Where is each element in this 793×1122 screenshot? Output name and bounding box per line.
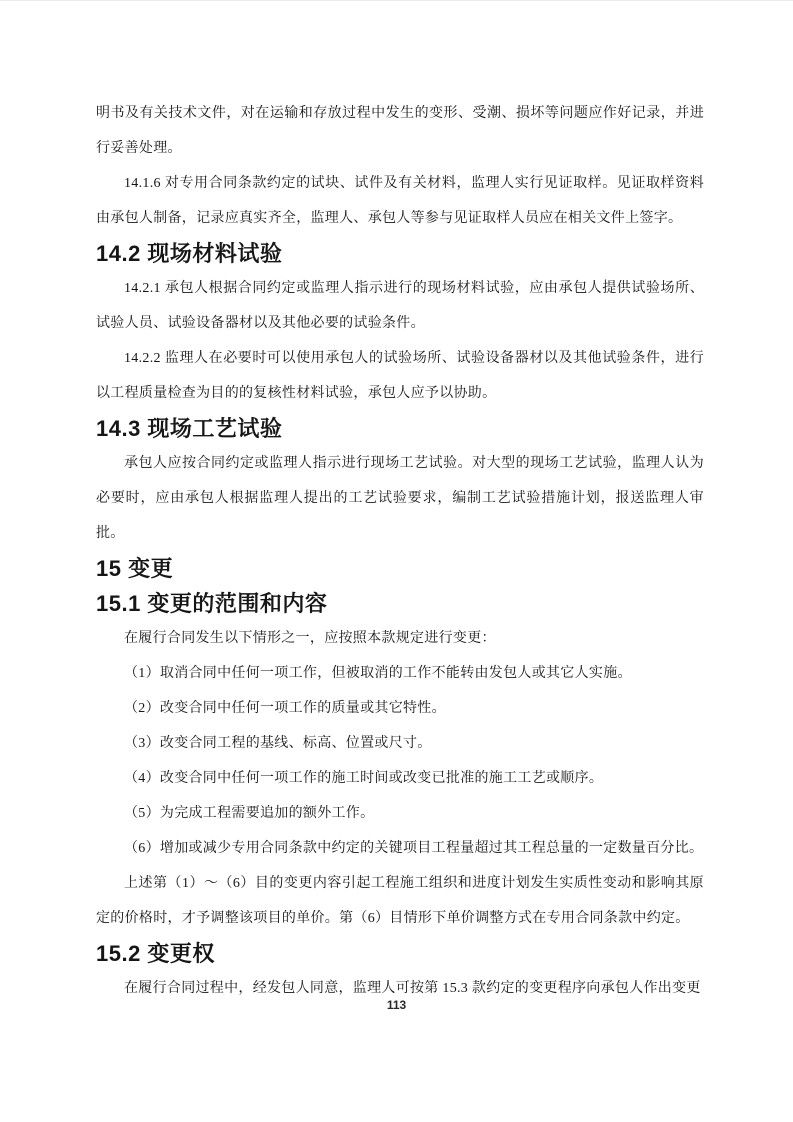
page-footer: 113 (0, 998, 793, 1012)
paragraph: 14.1.6 对专用合同条款约定的试块、试件及有关材料，监理人实行见证取样。见证… (96, 166, 704, 236)
paragraph: （4）改变合同中任何一项工作的施工时间或改变已批准的施工工艺或顺序。 (96, 761, 704, 796)
document-content: 明书及有关技术文件，对在运输和存放过程中发生的变形、受潮、损坏等问题应作好记录，… (96, 96, 704, 1006)
paragraph: （1）取消合同中任何一项工作，但被取消的工作不能转由发包人或其它人实施。 (96, 656, 704, 691)
paragraph: 14.2.2 监理人在必要时可以使用承包人的试验场所、试验设备器材以及其他试验条… (96, 341, 704, 411)
section-heading: 15.1 变更的范围和内容 (96, 586, 704, 621)
section-heading: 14.3 现场工艺试验 (96, 411, 704, 446)
page-number: 113 (387, 998, 406, 1012)
document-page: 明书及有关技术文件，对在运输和存放过程中发生的变形、受潮、损坏等问题应作好记录，… (0, 0, 793, 1122)
paragraph: （5）为完成工程需要追加的额外工作。 (96, 796, 704, 831)
paragraph: 明书及有关技术文件，对在运输和存放过程中发生的变形、受潮、损坏等问题应作好记录，… (96, 96, 704, 166)
paragraph: 上述第（1）～（6）目的变更内容引起工程施工组织和进度计划发生实质性变动和影响其… (96, 866, 704, 936)
paragraph: 14.2.1 承包人根据合同约定或监理人指示进行的现场材料试验，应由承包人提供试… (96, 271, 704, 341)
paragraph: 在履行合同发生以下情形之一，应按照本款规定进行变更： (96, 621, 704, 656)
section-heading: 14.2 现场材料试验 (96, 236, 704, 271)
section-heading: 15.2 变更权 (96, 936, 704, 971)
paragraph: （2）改变合同中任何一项工作的质量或其它特性。 (96, 691, 704, 726)
paragraph: （6）增加或减少专用合同条款中约定的关键项目工程量超过其工程总量的一定数量百分比… (96, 831, 704, 866)
paragraph: 承包人应按合同约定或监理人指示进行现场工艺试验。对大型的现场工艺试验，监理人认为… (96, 446, 704, 551)
section-heading: 15 变更 (96, 551, 704, 586)
paragraph: （3）改变合同工程的基线、标高、位置或尺寸。 (96, 726, 704, 761)
